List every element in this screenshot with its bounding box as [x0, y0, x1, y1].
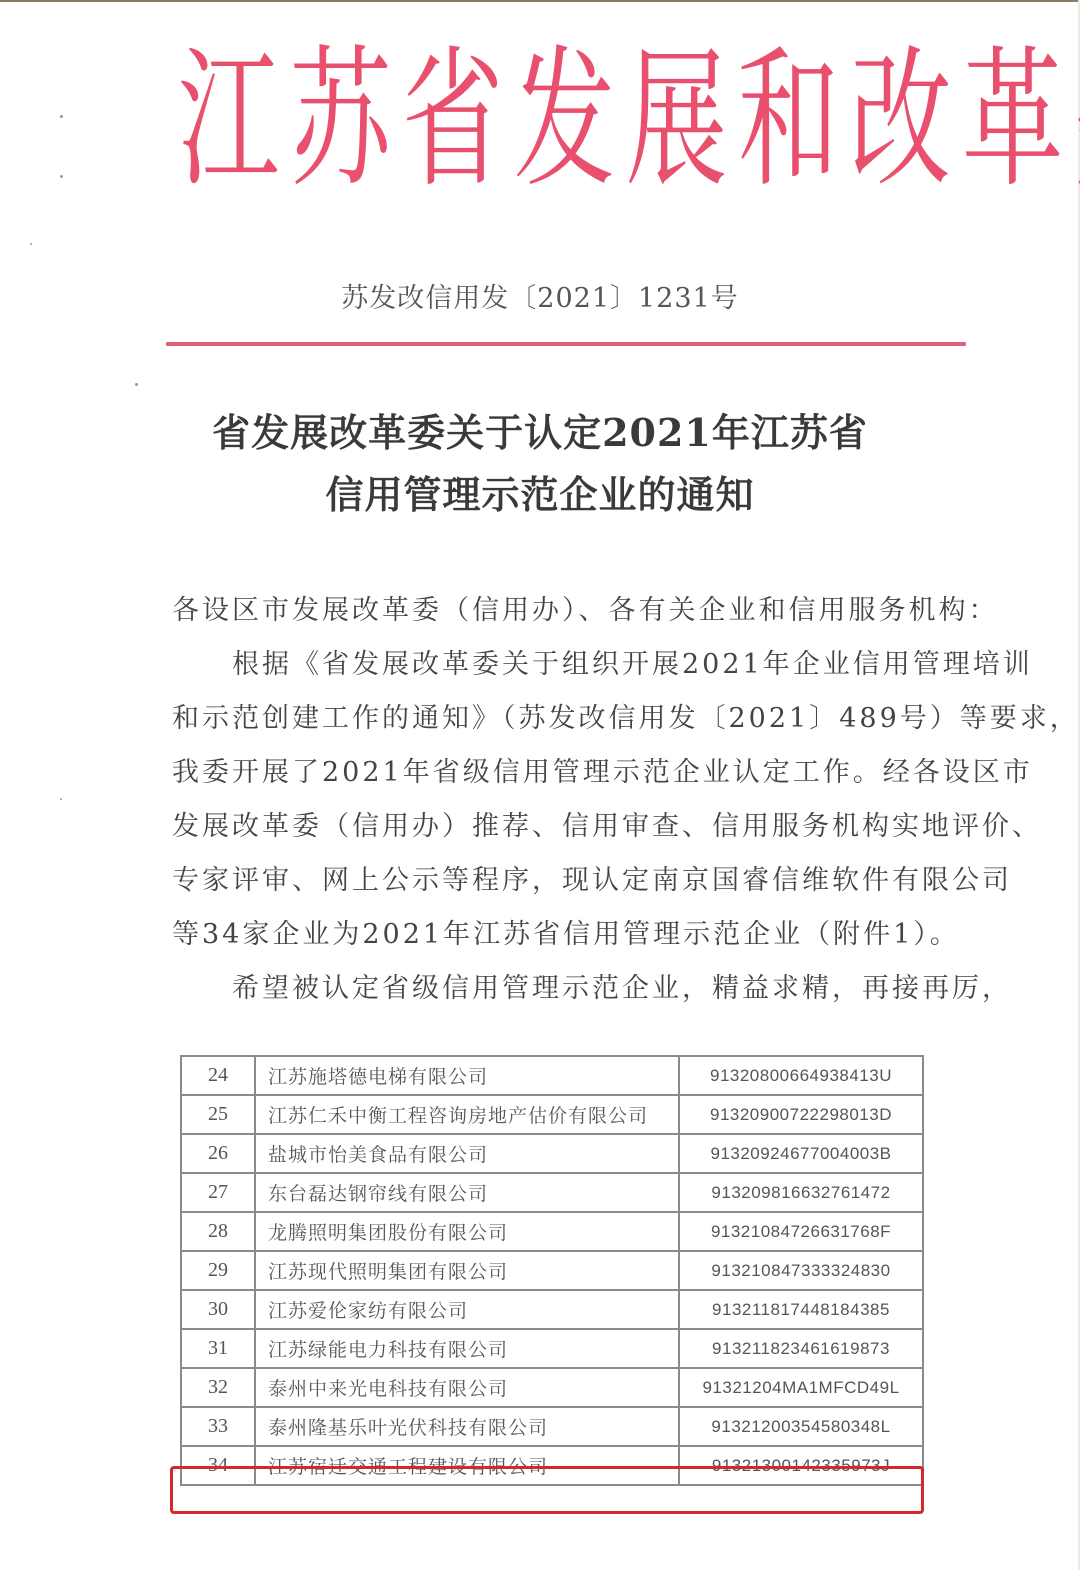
table-row: 29 江苏现代照明集团有限公司 913210847333324830: [181, 1251, 923, 1290]
body-line: 等34家企业为2021年江苏省信用管理示范企业（附件1）。: [172, 908, 972, 962]
header-char: 委: [1074, 32, 1080, 211]
speck: [135, 383, 138, 386]
company-name: 江苏施塔德电梯有限公司: [255, 1056, 679, 1095]
table-row: 26 盐城市怡美食品有限公司 91320924677004003B: [181, 1134, 923, 1173]
credit-code: 91320800664938413U: [679, 1056, 923, 1095]
row-number: 28: [181, 1212, 255, 1251]
red-divider-rule: [166, 342, 966, 346]
row-number: 33: [181, 1407, 255, 1446]
credit-code: 913211817448184385: [679, 1290, 923, 1329]
credit-code: 91321200354580348L: [679, 1407, 923, 1446]
header-char: 江: [178, 32, 274, 211]
document-number: 苏发改信用发〔2021〕1231号: [0, 276, 1080, 315]
row-number: 30: [181, 1290, 255, 1329]
body-line: 和示范创建工作的通知》（苏发改信用发〔2021〕489号）等要求，: [172, 692, 972, 746]
body-line: 专家评审、网上公示等程序，现认定南京国睿信维软件有限公司: [172, 854, 972, 908]
page-top-edge: [0, 0, 1080, 2]
header-char: 省: [402, 32, 498, 211]
table-row: 31 江苏绿能电力科技有限公司 913211823461619873: [181, 1329, 923, 1368]
row-number: 27: [181, 1173, 255, 1212]
table-row: 25 江苏仁禾中衡工程咨询房地产估价有限公司 91320900722298013…: [181, 1095, 923, 1134]
table-row: 30 江苏爱伦家纺有限公司 913211817448184385: [181, 1290, 923, 1329]
header-char: 苏: [290, 32, 386, 211]
header-char: 革: [962, 32, 1058, 211]
body-line: 根据《省发展改革委关于组织开展2021年企业信用管理培训: [172, 638, 972, 692]
document-header-title: 江 苏 省 发 展 和 改 革 委 员 会 文 件: [170, 52, 970, 192]
table-row: 32 泰州中来光电科技有限公司 91321204MA1MFCD49L: [181, 1368, 923, 1407]
speck: [30, 243, 32, 245]
row-number: 29: [181, 1251, 255, 1290]
body-line: 发展改革委（信用办）推荐、信用审查、信用服务机构实地评价、: [172, 800, 972, 854]
company-name: 江苏爱伦家纺有限公司: [255, 1290, 679, 1329]
row-number: 31: [181, 1329, 255, 1368]
row-number: 32: [181, 1368, 255, 1407]
credit-code: 913210847333324830: [679, 1251, 923, 1290]
credit-code: 91320924677004003B: [679, 1134, 923, 1173]
notice-title-line-2: 信用管理示范企业的通知: [0, 464, 1080, 519]
company-name: 泰州中来光电科技有限公司: [255, 1368, 679, 1407]
row-number: 25: [181, 1095, 255, 1134]
company-name: 东台磊达钢帘线有限公司: [255, 1173, 679, 1212]
body-line: 希望被认定省级信用管理示范企业，精益求精，再接再厉，: [172, 962, 972, 1016]
table-row: 27 东台磊达钢帘线有限公司 913209816632761472: [181, 1173, 923, 1212]
red-highlight-box: [170, 1466, 924, 1514]
speck: [60, 798, 62, 800]
header-char: 和: [738, 32, 834, 211]
addressee-line: 各设区市发展改革委（信用办）、各有关企业和信用服务机构：: [172, 584, 972, 638]
row-number: 24: [181, 1056, 255, 1095]
table-row: 28 龙腾照明集团股份有限公司 91321084726631768F: [181, 1212, 923, 1251]
company-name: 江苏现代照明集团有限公司: [255, 1251, 679, 1290]
credit-code: 91321204MA1MFCD49L: [679, 1368, 923, 1407]
body-line: 我委开展了2021年省级信用管理示范企业认定工作。经各设区市: [172, 746, 972, 800]
credit-code: 91320900722298013D: [679, 1095, 923, 1134]
credit-code: 913211823461619873: [679, 1329, 923, 1368]
table-row: 33 泰州隆基乐叶光伏科技有限公司 91321200354580348L: [181, 1407, 923, 1446]
company-name: 盐城市怡美食品有限公司: [255, 1134, 679, 1173]
enterprise-table: 24 江苏施塔德电梯有限公司 91320800664938413U 25 江苏仁…: [180, 1055, 924, 1486]
table-row: 24 江苏施塔德电梯有限公司 91320800664938413U: [181, 1056, 923, 1095]
company-name: 江苏仁禾中衡工程咨询房地产估价有限公司: [255, 1095, 679, 1134]
speck: [60, 115, 63, 118]
notice-title-line-1: 省发展改革委关于认定2021年江苏省: [0, 402, 1080, 457]
header-char: 发: [514, 32, 610, 211]
header-char: 改: [850, 32, 946, 211]
credit-code: 913209816632761472: [679, 1173, 923, 1212]
company-name: 江苏绿能电力科技有限公司: [255, 1329, 679, 1368]
company-name: 龙腾照明集团股份有限公司: [255, 1212, 679, 1251]
company-name: 泰州隆基乐叶光伏科技有限公司: [255, 1407, 679, 1446]
header-char: 展: [626, 32, 722, 211]
credit-code: 91321084726631768F: [679, 1212, 923, 1251]
speck: [60, 175, 63, 178]
row-number: 26: [181, 1134, 255, 1173]
